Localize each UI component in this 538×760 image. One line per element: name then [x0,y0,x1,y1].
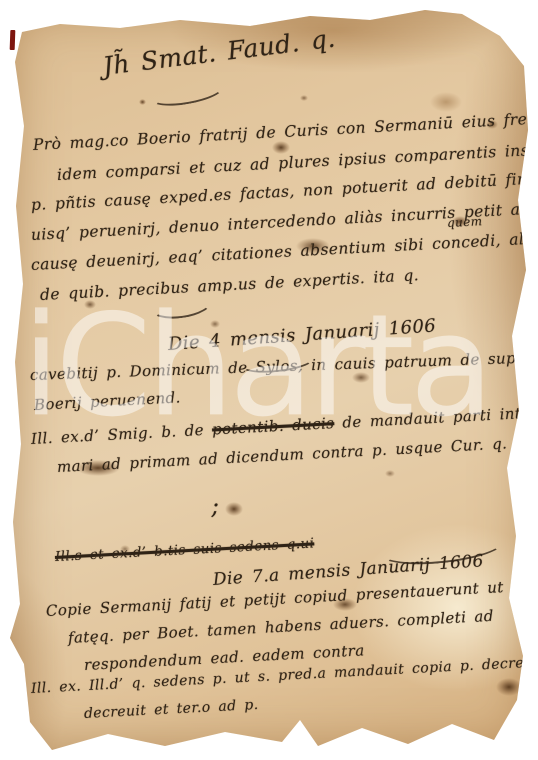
ink-stain [496,678,522,696]
ink-stain [300,95,308,101]
manuscript-text-segment: de mandauit parti inti- [334,404,533,432]
ink-stain [139,99,146,105]
manuscript-line: decreuit et ter.o ad p. [84,697,259,722]
manuscript-interline-word: quem [447,214,483,230]
pen-flourish [149,76,226,111]
red-edge-mark [10,30,16,50]
manuscript-page: Jh̃ Smat. Faud. q. Prò mag.co Boerio fra… [0,0,538,760]
manuscript-date-line: Die 4 mensis Januarij 1606 [167,315,437,355]
manuscript-line: de quib. precibus amp.us de expertis. it… [40,266,420,304]
ink-stain [385,470,395,477]
punctuation-mark: ; [210,492,220,520]
paper-stain [430,92,462,112]
struck-out-words: potentib. ducis [212,414,335,438]
struck-out-line: Ill.s et ex.d’ b.tis suis sedens q.ui [55,535,315,565]
ink-stain [210,320,220,328]
ink-stain [225,502,243,516]
manuscript-line: Boerij peruenend. [34,388,182,414]
ink-stain [352,372,370,383]
ink-stain [272,141,290,154]
manuscript-heading: Jh̃ Smat. Faud. q. [101,24,337,81]
scan-background: Jh̃ Smat. Faud. q. Prò mag.co Boerio fra… [0,0,538,760]
manuscript-text-segment: Ill. ex.d’ Smig. b. de [31,421,213,448]
